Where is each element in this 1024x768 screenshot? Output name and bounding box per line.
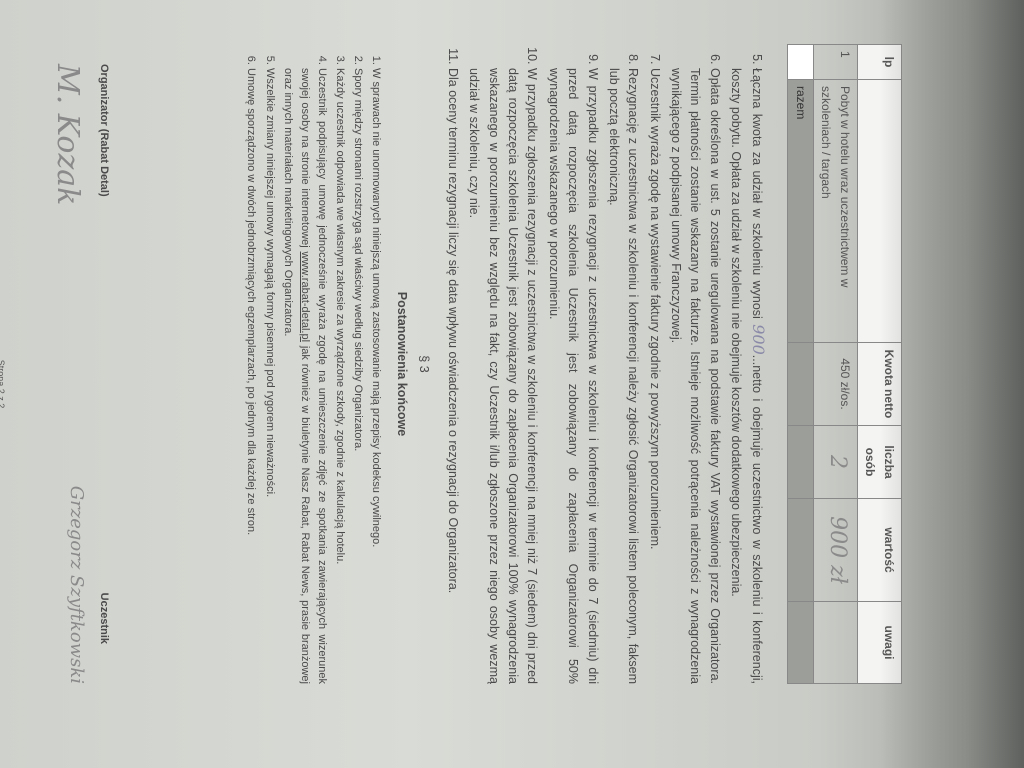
paragraph-8: Rezygnację z uczestnictwa w szkoleniu i …	[604, 68, 643, 684]
cost-table: lp Kwota netto liczba osób wartość uwagi…	[787, 44, 902, 684]
contract-body: Łączna kwota za udział w szkoleniu wynos…	[241, 44, 772, 684]
table-row: 1 Pobyt w hotelu wraz uczestnictwem w sz…	[813, 45, 857, 684]
participant-signature: Grzegorz Szyftkowski	[62, 486, 90, 684]
header-amount: Kwota netto	[857, 343, 901, 426]
table-total-row: razem	[788, 45, 814, 684]
cell-total-people	[788, 426, 814, 499]
final-provision-2: Spory między stronami rozstrzyga sąd wła…	[349, 68, 366, 684]
organizer-label: Organizator (Rabat Detal)	[95, 64, 112, 197]
page-number: Strona 2 z 2	[0, 24, 7, 744]
handwritten-amount: 900	[749, 324, 768, 355]
cell-people-handwritten: 2	[813, 426, 857, 499]
header-value: wartość	[857, 499, 901, 602]
cell-total-value	[788, 499, 814, 602]
paragraph-9: W przypadku zgłoszenia rezygnacji z ucze…	[543, 68, 601, 684]
header-notes: uwagi	[857, 602, 901, 684]
paragraph-6: Opłata określona w ust. 5 zostanie uregu…	[666, 68, 724, 684]
cell-notes	[813, 602, 857, 684]
cell-total-label: razem	[788, 80, 814, 343]
header-description	[857, 80, 901, 343]
final-provision-5: Wszelkie zmiany niniejszej umowy wymagaj…	[261, 68, 278, 684]
paragraph-5: Łączna kwota za udział w szkoleniu wynos…	[726, 68, 770, 684]
paragraph-11: Dla oceny terminu rezygnacji liczy się d…	[443, 68, 462, 684]
final-provision-1: W sprawach nie unormowanych niniejszą um…	[367, 68, 384, 684]
section-mark: § 3	[413, 44, 432, 684]
organizer-signature: M. Kozak	[44, 64, 91, 205]
signature-block: Organizator (Rabat Detal) M. Kozak Uczes…	[0, 44, 112, 684]
final-provisions: W sprawach nie unormowanych niniejszą um…	[242, 44, 383, 684]
final-provision-4: Uczestnik podpisujący umowę jednocześnie…	[279, 68, 330, 684]
paragraph-7: Uczestnik wyraża zgodę na wystawienie fa…	[644, 68, 663, 684]
website-link[interactable]: www.rabat-detal.pl	[299, 252, 311, 343]
cell-total-empty	[788, 45, 814, 80]
cell-value-handwritten: 900 zł	[813, 499, 857, 602]
table-header-row: lp Kwota netto liczba osób wartość uwagi	[857, 45, 901, 684]
document-page: lp Kwota netto liczba osób wartość uwagi…	[0, 24, 932, 744]
final-provision-3: Każdy uczestnik odpowiada we własnym zak…	[331, 68, 348, 684]
cell-amount: 450 zł/os.	[813, 343, 857, 426]
header-people: liczba osób	[857, 426, 901, 499]
final-provision-6: Umowę sporządzono w dwóch jednobrzmiącyc…	[242, 68, 259, 684]
cell-lp: 1	[813, 45, 857, 80]
cell-description: Pobyt w hotelu wraz uczestnictwem w szko…	[813, 80, 857, 343]
section-title: Postanowienia końcowe	[392, 44, 411, 684]
paragraph-5-text-before: Łączna kwota za udział w szkoleniu wynos…	[750, 68, 764, 324]
payment-paragraphs: Łączna kwota za udział w szkoleniu wynos…	[443, 44, 770, 684]
participant-label: Uczestnik	[95, 593, 112, 644]
cell-total-amount	[788, 343, 814, 426]
header-lp: lp	[857, 45, 901, 80]
paragraph-10: W przypadku zgłoszenia rezygnacji z ucze…	[464, 68, 542, 684]
cell-total-notes	[788, 602, 814, 684]
